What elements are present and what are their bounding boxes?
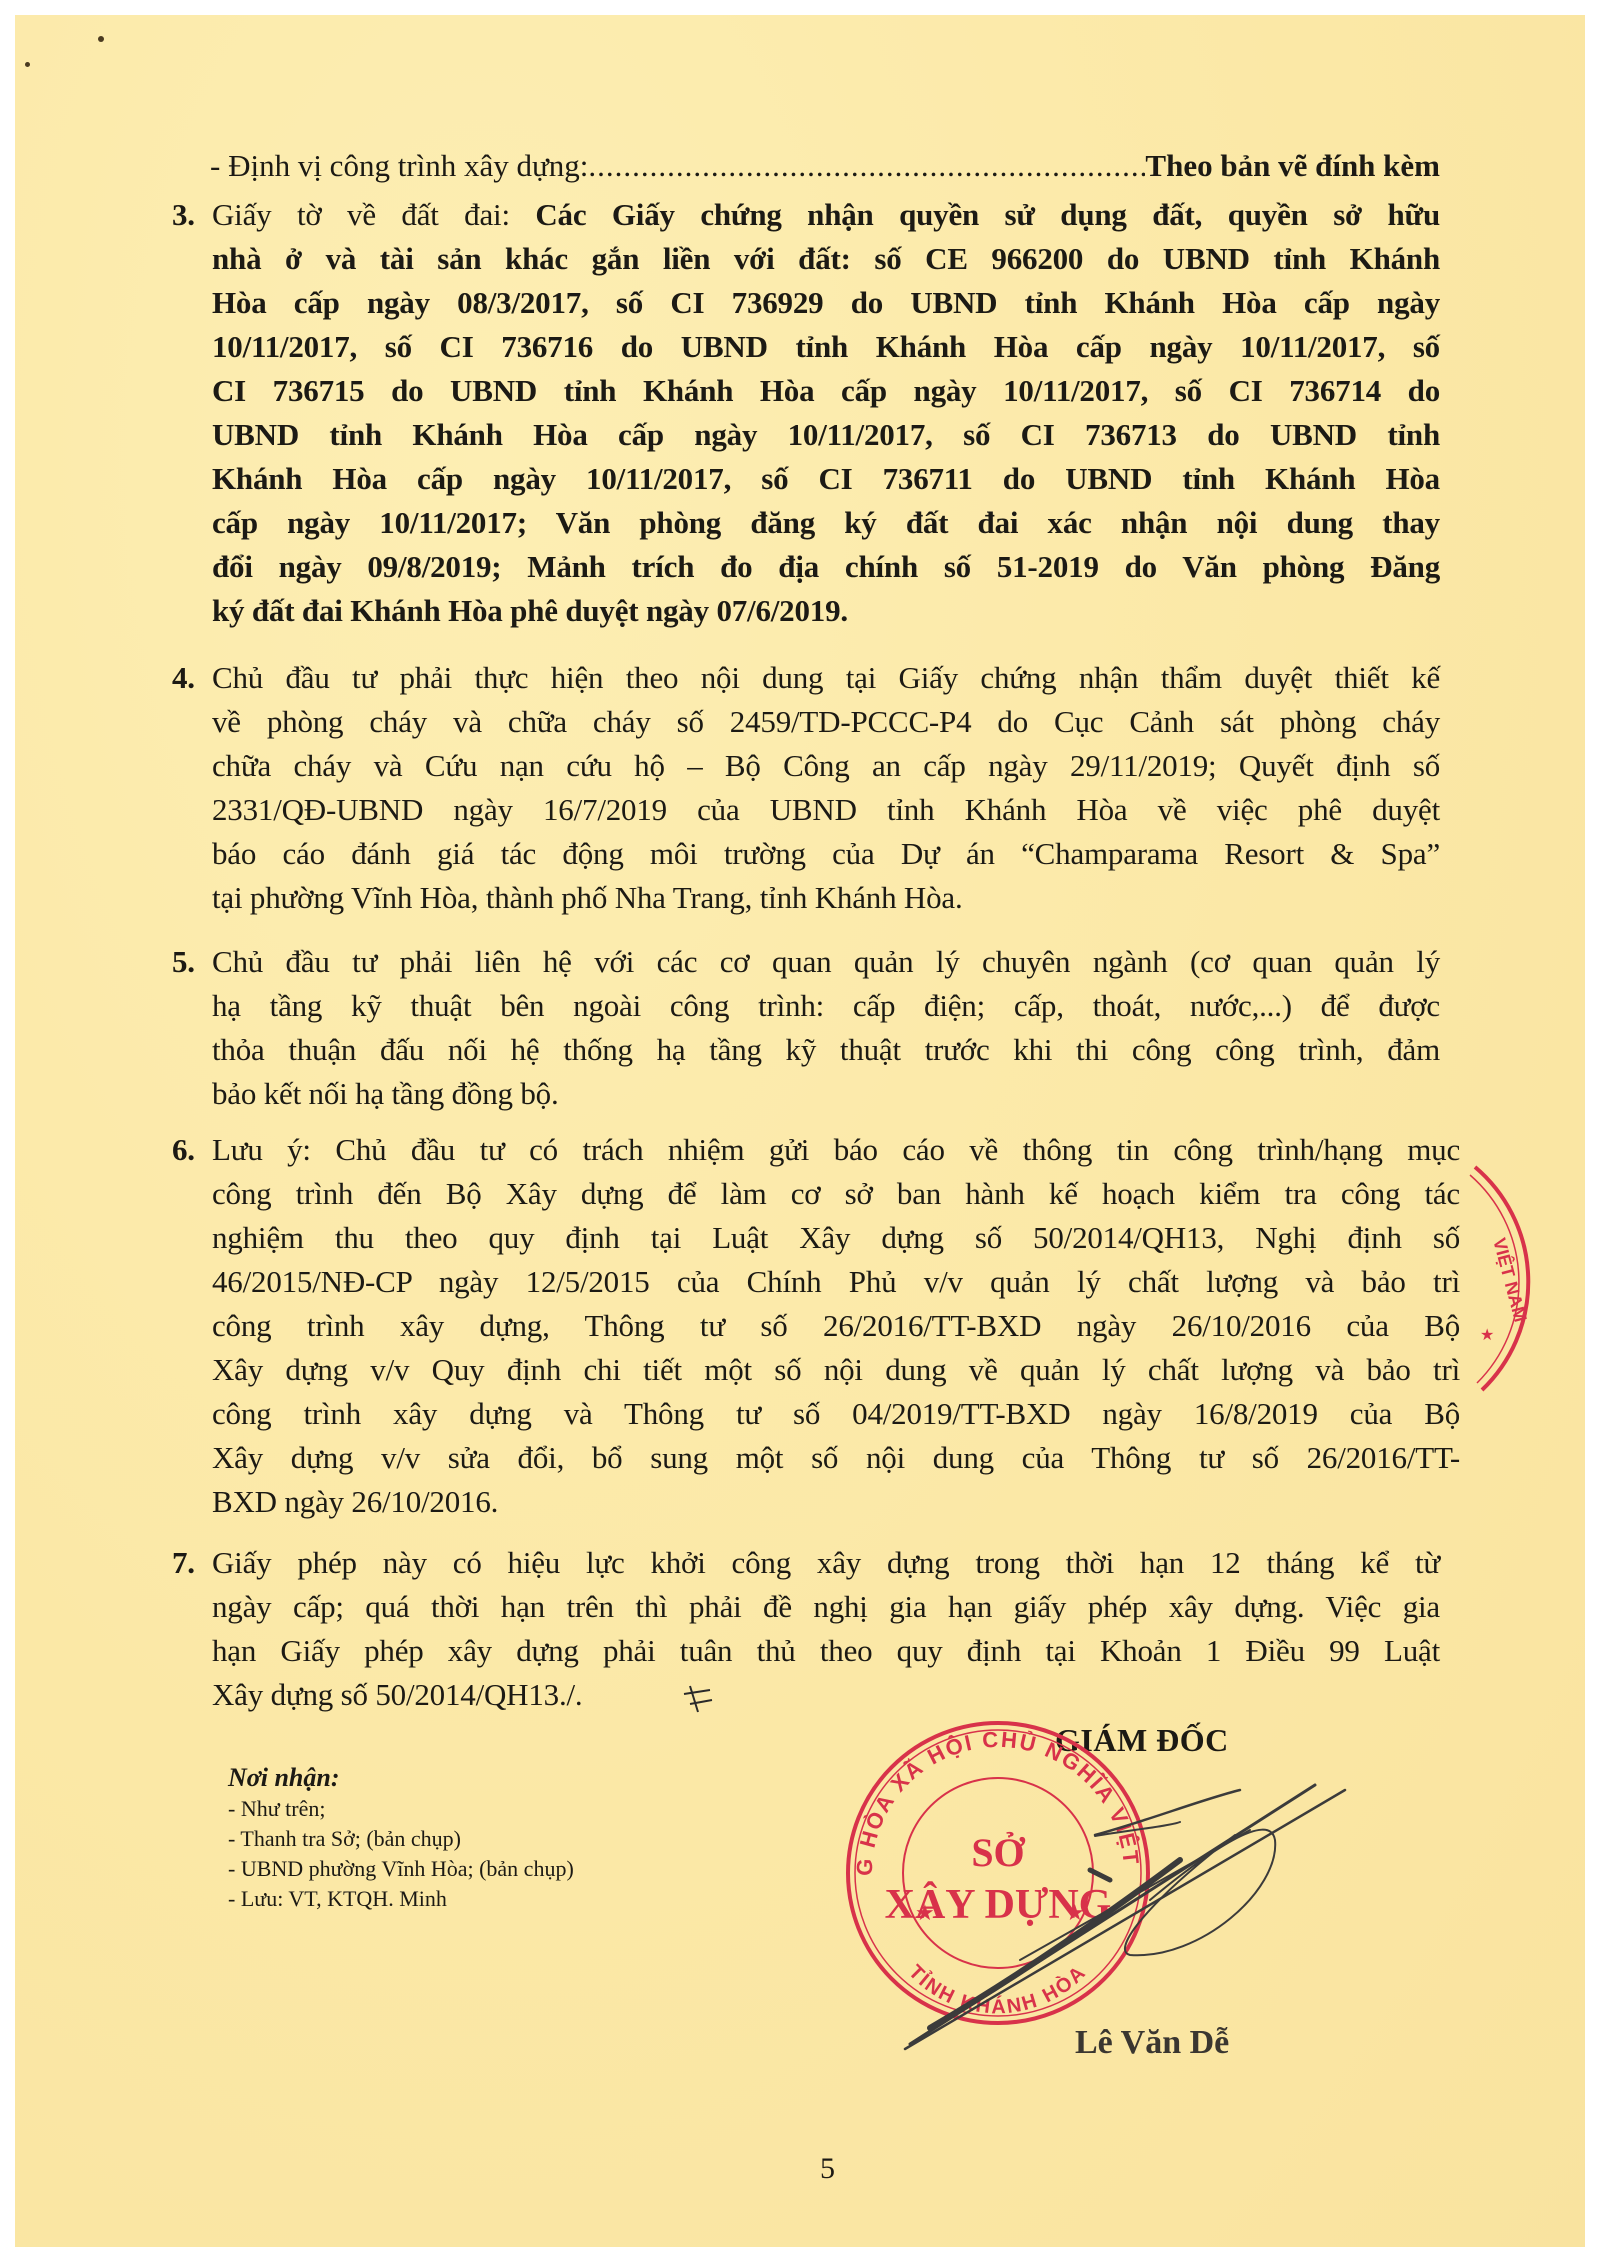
stamp-ring-text: CỘNG HÒA XÃ HỘI CHỦ NGHĨA VIỆT NAM xyxy=(0,0,1144,1876)
partial-stamp: VIỆT NAM ★ xyxy=(1470,1167,1532,1390)
document-body: - Định vị công trình xây dựng: .........… xyxy=(0,0,1600,2263)
official-stamp: CỘNG HÒA XÃ HỘI CHỦ NGHĨA VIỆT NAM TỈNH … xyxy=(0,0,1600,2263)
star-icon: ★ xyxy=(1480,1327,1494,1344)
initial-mark xyxy=(684,1686,712,1712)
signer-name: Lê Văn Dễ xyxy=(1075,2024,1229,2062)
page-number: 5 xyxy=(820,2152,835,2186)
stamp-center-text: SỞ xyxy=(971,1830,1025,1875)
stamp-center-text: XÂY DỰNG xyxy=(885,1881,1112,1928)
